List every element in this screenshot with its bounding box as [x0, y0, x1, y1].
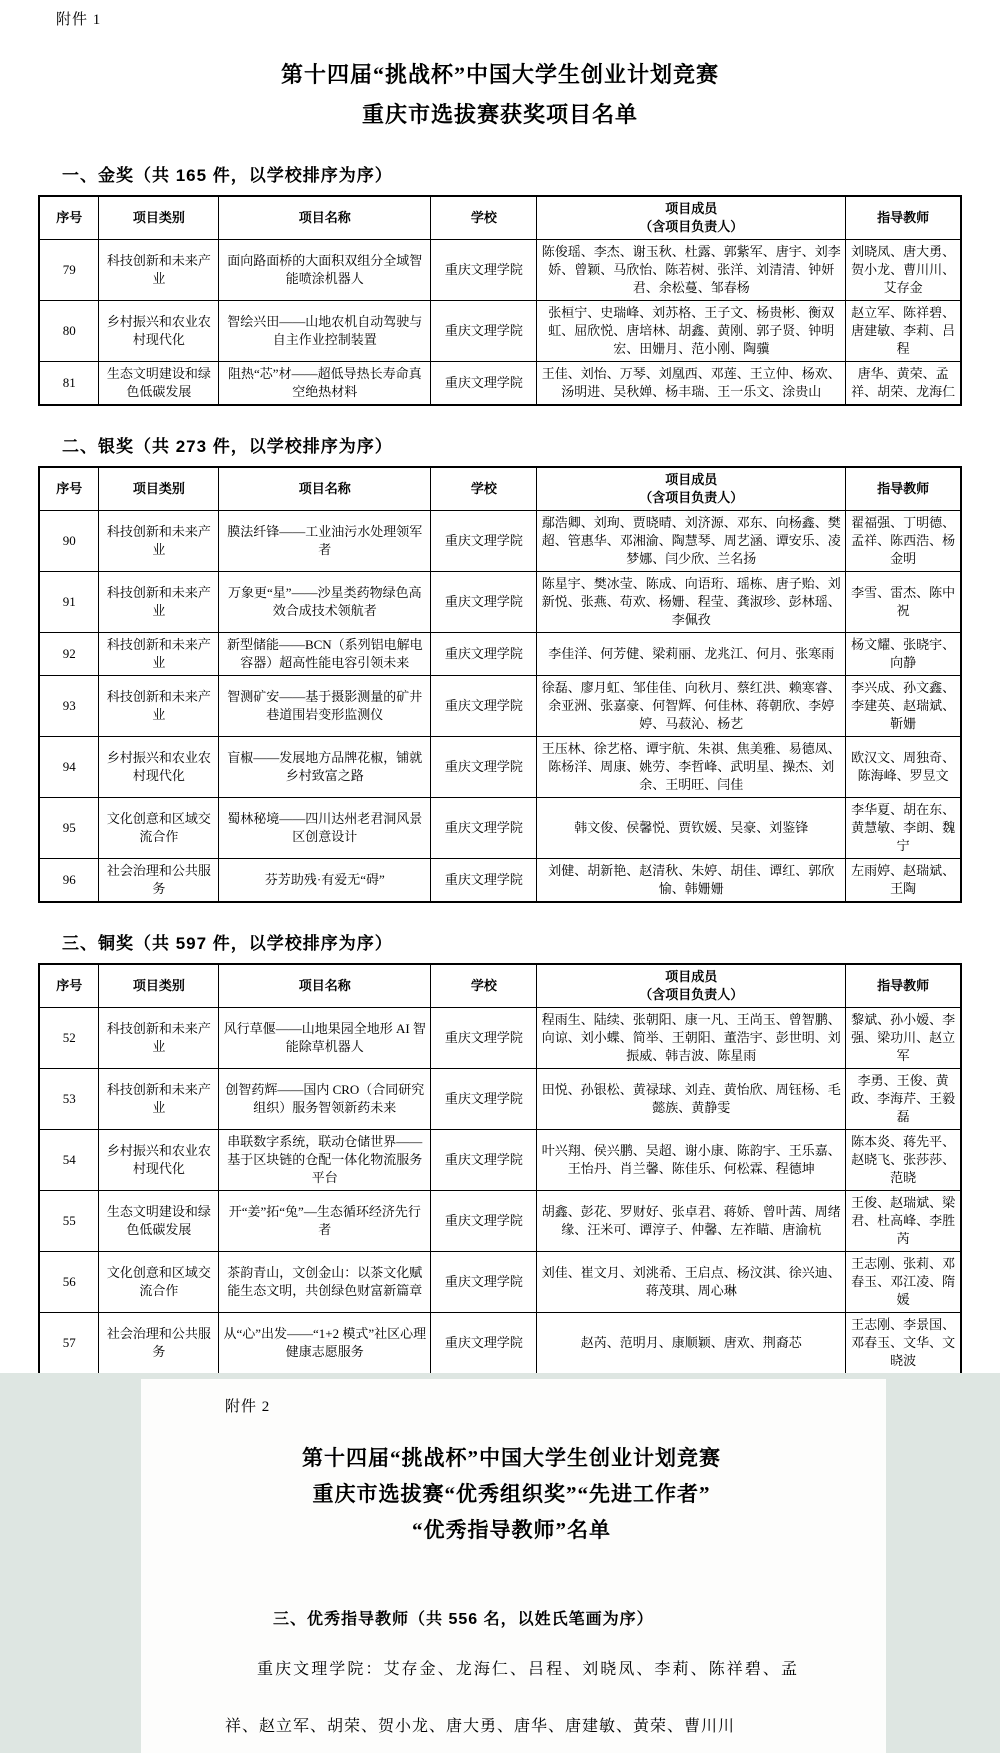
cell-category: 科技创新和未来产业: [99, 511, 219, 572]
award-table-row: 94乡村振兴和农业农村现代化盲椒——发展地方品牌花椒，铺就乡村致富之路重庆文理学…: [39, 737, 961, 798]
header-advisors: 指导教师: [846, 467, 961, 511]
cell-school: 重庆文理学院: [431, 1008, 537, 1069]
gold-award-table: 序号 项目类别 项目名称 学校 项目成员 （含项目负责人） 指导教师 79科技创…: [38, 195, 962, 406]
attachment-1-label: 附件 1: [38, 8, 962, 29]
cell-name: 智绘兴田——山地农机自动驾驶与自主作业控制装置: [219, 301, 431, 362]
cell-school: 重庆文理学院: [431, 798, 537, 859]
cell-category: 科技创新和未来产业: [99, 240, 219, 301]
award-table-row: 92科技创新和未来产业新型储能——BCN（系列铝电解电容器）超高性能电容引领未来…: [39, 633, 961, 676]
cell-name: 膜法纤锋——工业油污水处理领军者: [219, 511, 431, 572]
cell-school: 重庆文理学院: [431, 1313, 537, 1374]
cell-name: 蜀林秘境——四川达州老君洞风景区创意设计: [219, 798, 431, 859]
cell-members: 李佳洋、何芳健、梁莉丽、龙兆江、何月、张寒雨: [537, 633, 846, 676]
award-table-row: 52科技创新和未来产业风行草偃——山地果园全地形 AI 智能除草机器人重庆文理学…: [39, 1008, 961, 1069]
cell-no: 90: [39, 511, 99, 572]
cell-category: 科技创新和未来产业: [99, 1069, 219, 1130]
cell-members: 田悦、孙银松、黄禄球、刘垚、黄怡欣、周钰杨、毛懿族、黄静雯: [537, 1069, 846, 1130]
cell-advisors: 李华夏、胡在东、黄慧敏、李朗、魏宁: [846, 798, 961, 859]
header-members-line2: （含项目负责人）: [540, 218, 842, 236]
cell-members: 徐磊、廖月虹、邹佳佳、向秋月、蔡红洪、赖寒睿、余亚洲、张嘉豪、何智辉、何佳林、蒋…: [537, 676, 846, 737]
award-table-row: 95文化创意和区域交流合作蜀林秘境——四川达州老君洞风景区创意设计重庆文理学院韩…: [39, 798, 961, 859]
cell-advisors: 王志刚、张莉、邓春玉、邓江凌、隋媛: [846, 1252, 961, 1313]
cell-advisors: 翟福强、丁明德、孟祥、陈西浩、杨金明: [846, 511, 961, 572]
cell-category: 乡村振兴和农业农村现代化: [99, 737, 219, 798]
section-heading-gold: 一、金奖（共 165 件，以学校排序为序）: [62, 161, 962, 186]
cell-members: 韩文俊、侯馨悦、贾钦媛、吴豪、刘鉴锋: [537, 798, 846, 859]
cell-advisors: 李兴成、孙文鑫、李建英、赵瑞斌、靳姗: [846, 676, 961, 737]
cell-advisors: 王俊、赵瑞斌、梁君、杜高峰、李胜芮: [846, 1191, 961, 1252]
cell-advisors: 杨文耀、张晓宇、向静: [846, 633, 961, 676]
cell-category: 文化创意和区域交流合作: [99, 798, 219, 859]
cell-school: 重庆文理学院: [431, 737, 537, 798]
page-1: 附件 1 第十四届“挑战杯”中国大学生创业计划竞赛 重庆市选拔赛获奖项目名单 一…: [0, 0, 1000, 1373]
award-table-row: 93科技创新和未来产业智测矿安——基于摄影测量的矿井巷道围岩变形监测仪重庆文理学…: [39, 676, 961, 737]
cell-advisors: 赵立军、陈祥碧、唐建敏、李莉、吕程: [846, 301, 961, 362]
document-title-line-1: 第十四届“挑战杯”中国大学生创业计划竞赛: [38, 55, 962, 95]
cell-name: 风行草偃——山地果园全地形 AI 智能除草机器人: [219, 1008, 431, 1069]
cell-school: 重庆文理学院: [431, 859, 537, 903]
header-no: 序号: [39, 964, 99, 1008]
award-table-row: 54乡村振兴和农业农村现代化串联数字系统，联动仓储世界——基于区块链的仓配一体化…: [39, 1130, 961, 1191]
header-advisors: 指导教师: [846, 964, 961, 1008]
document-2-title: 第十四届“挑战杯”中国大学生创业计划竞赛 重庆市选拔赛“优秀组织奖”“先进工作者…: [225, 1440, 798, 1548]
cell-category: 科技创新和未来产业: [99, 1008, 219, 1069]
cell-advisors: 王志刚、李景国、邓春玉、文华、文晓波: [846, 1313, 961, 1374]
cell-members: 鄢浩卿、刘珣、贾晓晴、刘济源、邓东、向杨鑫、樊超、管惠华、邓湘渝、陶慧琴、周艺涵…: [537, 511, 846, 572]
cell-no: 81: [39, 362, 99, 406]
cell-no: 80: [39, 301, 99, 362]
award-table-row: 81生态文明建设和绿色低碳发展阻热“芯”材——超低导热长寿命真空绝热材料重庆文理…: [39, 362, 961, 406]
cell-no: 91: [39, 572, 99, 633]
cell-no: 52: [39, 1008, 99, 1069]
document-canvas: { "colors": { "canvas_background": "#dee…: [0, 0, 1000, 1753]
cell-no: 96: [39, 859, 99, 903]
header-members: 项目成员 （含项目负责人）: [537, 196, 846, 240]
header-category: 项目类别: [99, 964, 219, 1008]
document-title-line-2: 重庆市选拔赛获奖项目名单: [38, 95, 962, 135]
cell-members: 叶兴翔、侯兴鹏、吴超、谢小康、陈韵宇、王乐嘉、王怡丹、肖兰馨、陈佳乐、何松霖、程…: [537, 1130, 846, 1191]
cell-advisors: 黎斌、孙小嫒、李强、梁功川、赵立军: [846, 1008, 961, 1069]
cell-school: 重庆文理学院: [431, 301, 537, 362]
award-table-row: 57社会治理和公共服务从“心”出发——“1+2 模式”社区心理健康志愿服务重庆文…: [39, 1313, 961, 1374]
cell-category: 科技创新和未来产业: [99, 676, 219, 737]
cell-name: 新型储能——BCN（系列铝电解电容器）超高性能电容引领未来: [219, 633, 431, 676]
cell-members: 陈星宇、樊冰莹、陈成、向语珩、瑶栋、唐子贻、刘新悦、张燕、苟欢、杨姗、程莹、龚淑…: [537, 572, 846, 633]
bronze-award-table: 序号 项目类别 项目名称 学校 项目成员 （含项目负责人） 指导教师 52科技创…: [38, 963, 962, 1373]
cell-category: 乡村振兴和农业农村现代化: [99, 1130, 219, 1191]
document-2-title-line-3: “优秀指导教师”名单: [225, 1512, 798, 1548]
cell-advisors: 欧汉文、周独奇、陈海峰、罗昱文: [846, 737, 961, 798]
header-advisors: 指导教师: [846, 196, 961, 240]
cell-name: 智测矿安——基于摄影测量的矿井巷道围岩变形监测仪: [219, 676, 431, 737]
cell-name: 阻热“芯”材——超低导热长寿命真空绝热材料: [219, 362, 431, 406]
cell-name: 创智药辉——国内 CRO（合同研究组织）服务智领新药未来: [219, 1069, 431, 1130]
section-heading-bronze: 三、铜奖（共 597 件，以学校排序为序）: [62, 929, 962, 954]
document-2-title-line-2: 重庆市选拔赛“优秀组织奖”“先进工作者”: [225, 1476, 798, 1512]
cell-school: 重庆文理学院: [431, 676, 537, 737]
cell-members: 赵芮、范明月、康顺颖、唐欢、荆裔芯: [537, 1313, 846, 1374]
header-no: 序号: [39, 196, 99, 240]
table-header-row: 序号 项目类别 项目名称 学校 项目成员 （含项目负责人） 指导教师: [39, 964, 961, 1008]
document-title: 第十四届“挑战杯”中国大学生创业计划竞赛 重庆市选拔赛获奖项目名单: [38, 55, 962, 135]
header-members-line1: 项目成员: [540, 200, 842, 218]
cell-name: 万象更“星”——沙星类药物绿色高效合成技术领航者: [219, 572, 431, 633]
cell-school: 重庆文理学院: [431, 633, 537, 676]
cell-no: 93: [39, 676, 99, 737]
cell-school: 重庆文理学院: [431, 240, 537, 301]
cell-advisors: 刘晓凤、唐大勇、贺小龙、曹川川、艾存金: [846, 240, 961, 301]
cell-category: 社会治理和公共服务: [99, 1313, 219, 1374]
award-table-row: 55生态文明建设和绿色低碳发展开“姜”拓“兔”—生态循环经济先行者重庆文理学院胡…: [39, 1191, 961, 1252]
cell-category: 生态文明建设和绿色低碳发展: [99, 362, 219, 406]
header-category: 项目类别: [99, 467, 219, 511]
header-members-line1: 项目成员: [540, 471, 842, 489]
cell-no: 79: [39, 240, 99, 301]
cell-advisors: 李雪、雷杰、陈中祝: [846, 572, 961, 633]
award-table-row: 53科技创新和未来产业创智药辉——国内 CRO（合同研究组织）服务智领新药未来重…: [39, 1069, 961, 1130]
cell-category: 社会治理和公共服务: [99, 859, 219, 903]
cell-members: 胡鑫、彭花、罗财好、张卓君、蒋娇、曾叶茜、周绪缘、汪米可、谭淳子、仲馨、左祚瞄、…: [537, 1191, 846, 1252]
cell-name: 从“心”出发——“1+2 模式”社区心理健康志愿服务: [219, 1313, 431, 1374]
cell-no: 56: [39, 1252, 99, 1313]
cell-school: 重庆文理学院: [431, 572, 537, 633]
award-table-row: 80乡村振兴和农业农村现代化智绘兴田——山地农机自动驾驶与自主作业控制装置重庆文…: [39, 301, 961, 362]
header-school: 学校: [431, 964, 537, 1008]
cell-name: 串联数字系统，联动仓储世界——基于区块链的仓配一体化物流服务平台: [219, 1130, 431, 1191]
header-no: 序号: [39, 467, 99, 511]
header-school: 学校: [431, 467, 537, 511]
cell-members: 陈俊瑶、李杰、谢玉秋、杜露、郭紫军、唐宇、刘李娇、曾颖、马欣怡、陈若树、张洋、刘…: [537, 240, 846, 301]
cell-no: 57: [39, 1313, 99, 1374]
cell-school: 重庆文理学院: [431, 1191, 537, 1252]
cell-members: 王佳、刘怡、万琴、刘凰西、邓莲、王立仲、杨欢、汤明进、吴秋婵、杨丰瑞、王一乐文、…: [537, 362, 846, 406]
cell-school: 重庆文理学院: [431, 511, 537, 572]
header-name: 项目名称: [219, 964, 431, 1008]
cell-name: 面向路面桥的大面积双组分全域智能喷涂机器人: [219, 240, 431, 301]
silver-award-table: 序号 项目类别 项目名称 学校 项目成员 （含项目负责人） 指导教师 90科技创…: [38, 466, 962, 903]
cell-members: 刘健、胡新艳、赵清秋、朱婷、胡佳、谭红、郭欣愉、韩姗姗: [537, 859, 846, 903]
header-members-line2: （含项目负责人）: [540, 986, 842, 1004]
header-school: 学校: [431, 196, 537, 240]
section-heading-silver: 二、银奖（共 273 件，以学校排序为序）: [62, 432, 962, 457]
cell-no: 95: [39, 798, 99, 859]
award-table-row: 96社会治理和公共服务芬芳助残·有爱无“碍”重庆文理学院刘健、胡新艳、赵清秋、朱…: [39, 859, 961, 903]
header-members: 项目成员 （含项目负责人）: [537, 467, 846, 511]
header-members: 项目成员 （含项目负责人）: [537, 964, 846, 1008]
cell-category: 科技创新和未来产业: [99, 633, 219, 676]
cell-name: 茶韵青山，文创金山：以茶文化赋能生态文明，共创绿色财富新篇章: [219, 1252, 431, 1313]
cell-category: 科技创新和未来产业: [99, 572, 219, 633]
cell-advisors: 陈本炎、蒋先平、赵晓飞、张莎莎、范晓: [846, 1130, 961, 1191]
table-header-row: 序号 项目类别 项目名称 学校 项目成员 （含项目负责人） 指导教师: [39, 196, 961, 240]
table-header-row: 序号 项目类别 项目名称 学校 项目成员 （含项目负责人） 指导教师: [39, 467, 961, 511]
cell-name: 芬芳助残·有爱无“碍”: [219, 859, 431, 903]
cell-category: 生态文明建设和绿色低碳发展: [99, 1191, 219, 1252]
award-table-row: 56文化创意和区域交流合作茶韵青山，文创金山：以茶文化赋能生态文明，共创绿色财富…: [39, 1252, 961, 1313]
header-members-line2: （含项目负责人）: [540, 489, 842, 507]
cell-school: 重庆文理学院: [431, 1252, 537, 1313]
document-2-title-line-1: 第十四届“挑战杯”中国大学生创业计划竞赛: [225, 1440, 798, 1476]
cell-advisors: 唐华、黄荣、孟祥、胡荣、龙海仁: [846, 362, 961, 406]
cell-name: 盲椒——发展地方品牌花椒，铺就乡村致富之路: [219, 737, 431, 798]
header-category: 项目类别: [99, 196, 219, 240]
cell-members: 王压林、徐艺格、谭宇航、朱祺、焦美雅、易德凤、陈杨洋、周康、姚劳、李哲峰、武明星…: [537, 737, 846, 798]
award-table-row: 91科技创新和未来产业万象更“星”——沙星类药物绿色高效合成技术领航者重庆文理学…: [39, 572, 961, 633]
attachment-2-label: 附件 2: [225, 1395, 798, 1416]
cell-advisors: 李勇、王俊、黄政、李海芹、王毅磊: [846, 1069, 961, 1130]
cell-no: 53: [39, 1069, 99, 1130]
cell-name: 开“姜”拓“兔”—生态循环经济先行者: [219, 1191, 431, 1252]
advisor-name-list: 重庆文理学院：艾存金、龙海仁、吕程、刘晓凤、李莉、陈祥碧、孟祥、赵立军、胡荣、贺…: [225, 1641, 798, 1753]
cell-category: 文化创意和区域交流合作: [99, 1252, 219, 1313]
cell-school: 重庆文理学院: [431, 1130, 537, 1191]
cell-no: 54: [39, 1130, 99, 1191]
award-table-row: 79科技创新和未来产业面向路面桥的大面积双组分全域智能喷涂机器人重庆文理学院陈俊…: [39, 240, 961, 301]
cell-members: 刘佳、崔文月、刘洮希、王启点、杨汶淇、徐兴迪、蒋茂琪、周心琳: [537, 1252, 846, 1313]
cell-members: 张桓宁、史瑞峰、刘苏格、王子文、杨贵彬、衡双虹、屈欣悦、唐培林、胡鑫、黄刚、郭子…: [537, 301, 846, 362]
cell-category: 乡村振兴和农业农村现代化: [99, 301, 219, 362]
cell-school: 重庆文理学院: [431, 1069, 537, 1130]
header-name: 项目名称: [219, 196, 431, 240]
section-heading-excellent-advisors: 三、优秀指导教师（共 556 名，以姓氏笔画为序）: [273, 1606, 798, 1629]
page-2: 附件 2 第十四届“挑战杯”中国大学生创业计划竞赛 重庆市选拔赛“优秀组织奖”“…: [141, 1379, 886, 1753]
cell-school: 重庆文理学院: [431, 362, 537, 406]
cell-no: 94: [39, 737, 99, 798]
cell-no: 92: [39, 633, 99, 676]
header-name: 项目名称: [219, 467, 431, 511]
cell-members: 程雨生、陆续、张朝阳、康一凡、王尚玉、曾智鹏、向谅、刘小蝶、简举、王朝阳、董浩宇…: [537, 1008, 846, 1069]
cell-no: 55: [39, 1191, 99, 1252]
header-members-line1: 项目成员: [540, 968, 842, 986]
cell-advisors: 左雨婷、赵瑞斌、王陶: [846, 859, 961, 903]
award-table-row: 90科技创新和未来产业膜法纤锋——工业油污水处理领军者重庆文理学院鄢浩卿、刘珣、…: [39, 511, 961, 572]
